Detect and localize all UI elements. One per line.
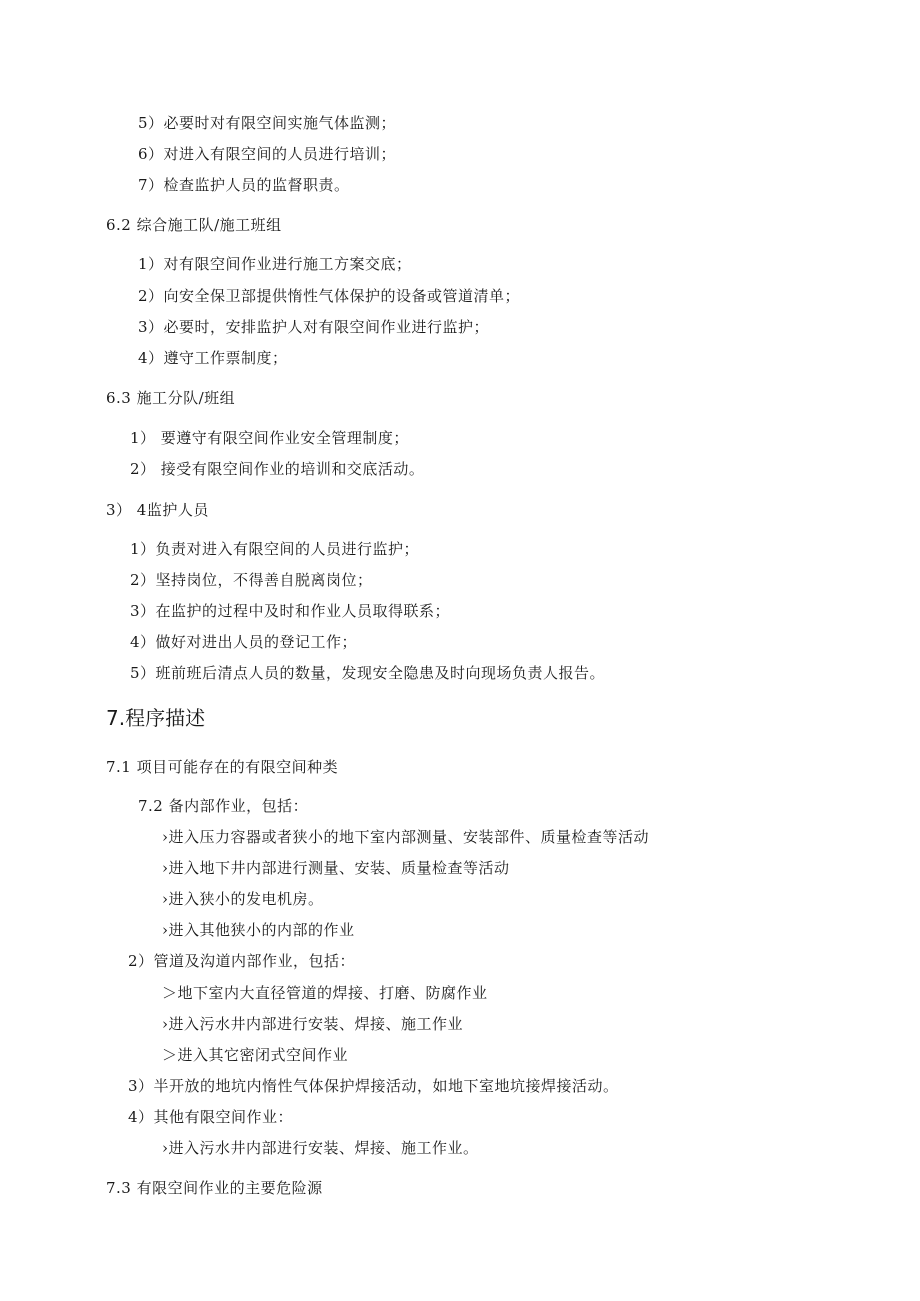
list-item: 6）对进入有限空间的人员进行培训； <box>138 144 396 164</box>
bullet-item: ›进入污水井内部进行安装、焊接、施工作业 <box>162 1014 463 1034</box>
subsection-heading: 7.3 有限空间作业的主要危险源 <box>106 1178 323 1198</box>
bullet-item: ›进入其他狭小的内部的作业 <box>162 920 355 940</box>
list-item: 3）在监护的过程中及时和作业人员取得联系； <box>130 601 450 621</box>
list-item: 3）必要时，安排监护人对有限空间作业进行监护； <box>138 317 489 337</box>
bullet-item: ＞地下室内大直径管道的焊接、打磨、防腐作业 <box>162 983 488 1003</box>
list-item: 2）向安全保卫部提供惰性气体保护的设备或管道清单； <box>138 286 520 306</box>
list-item: 5）班前班后清点人员的数量，发现安全隐患及时向现场负责人报告。 <box>130 663 605 683</box>
bullet-item: ＞进入其它密闭式空间作业 <box>162 1045 348 1065</box>
bullet-item: ›进入地下井内部进行测量、安装、质量检查等活动 <box>162 858 510 878</box>
list-item: 4）做好对进出人员的登记工作； <box>130 632 357 652</box>
bullet-item: ›进入压力容器或者狭小的地下室内部测量、安装部件、质量检查等活动 <box>162 827 649 847</box>
subsection-heading: 3） 4监护人员 <box>106 500 209 520</box>
list-item: 2）管道及沟道内部作业，包括： <box>128 951 355 971</box>
subsection-heading: 6.3 施工分队/班组 <box>106 388 235 408</box>
bullet-item: ›进入狭小的发电机房。 <box>162 889 324 909</box>
list-item: 2）坚持岗位，不得善自脱离岗位； <box>130 570 373 590</box>
list-item: 4）遵守工作票制度； <box>138 348 288 368</box>
list-item: 7.2 备内部作业，包括： <box>138 796 308 816</box>
list-item: 1）负责对进入有限空间的人员进行监护； <box>130 539 419 559</box>
list-item: 1）对有限空间作业进行施工方案交底； <box>138 254 412 274</box>
list-item: 1） 要遵守有限空间作业安全管理制度； <box>130 428 409 448</box>
list-item: 7）检查监护人员的监督职责。 <box>138 175 350 195</box>
subsection-heading: 6.2 综合施工队/施工班组 <box>106 215 282 235</box>
bullet-item: ›进入污水井内部进行安装、焊接、施工作业。 <box>162 1138 479 1158</box>
subsection-heading: 7.1 项目可能存在的有限空间种类 <box>106 757 338 777</box>
section-heading: 7.程序描述 <box>106 705 205 731</box>
list-item: 2） 接受有限空间作业的培训和交底活动。 <box>130 459 424 479</box>
list-item: 3）半开放的地坑内惰性气体保护焊接活动，如地下室地坑接焊接活动。 <box>128 1076 619 1096</box>
list-item: 4）其他有限空间作业： <box>128 1107 293 1127</box>
list-item: 5）必要时对有限空间实施气体监测； <box>138 113 396 133</box>
